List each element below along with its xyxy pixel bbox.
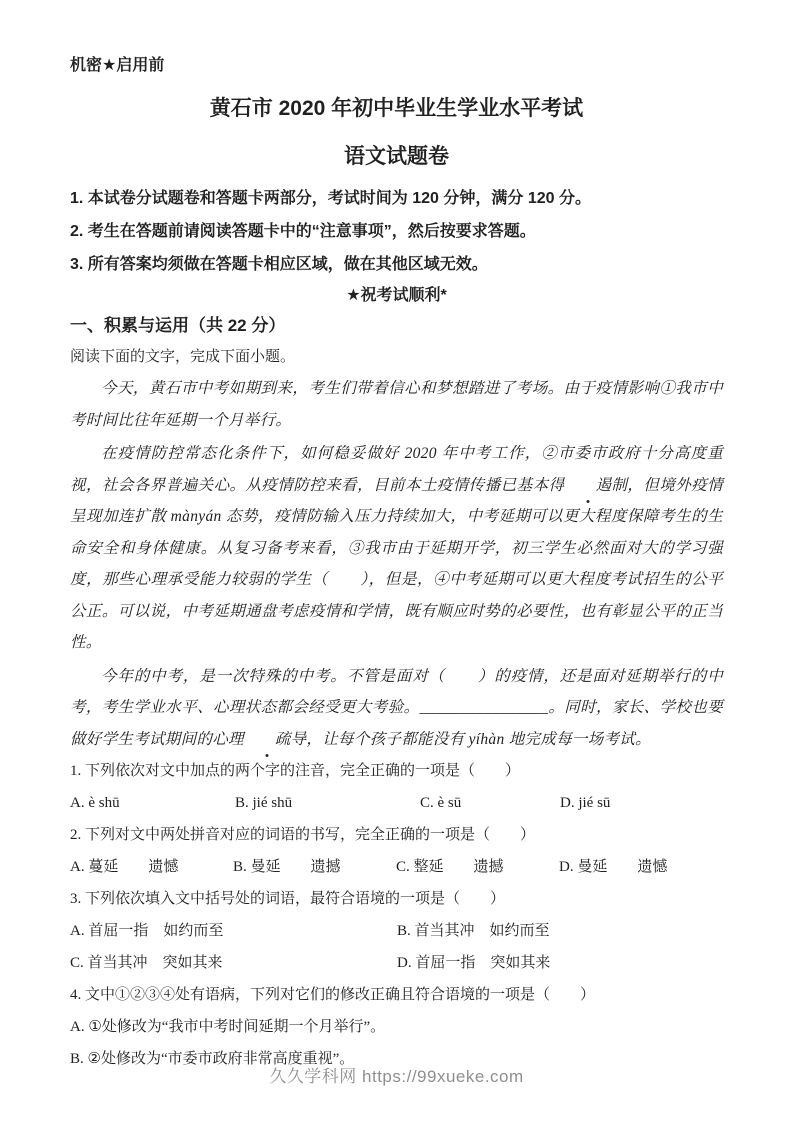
question-block-1: 1. 下列依次对文中加点的两个字的注音，完全正确的一项是（ ） A. è shū…	[70, 755, 723, 819]
notice-item-1: 1. 本试卷分试题卷和答题卡两部分，考试时间为 120 分钟，满分 120 分。	[70, 182, 723, 215]
option-a: A. ①处修改为“我市中考时间延期一个月举行”。	[70, 1019, 385, 1035]
passage-paragraph-1: 今天，黄石市中考如期到来，考生们带着信心和梦想踏进了考场。由于疫情影响①我市中考…	[70, 373, 723, 436]
option-b: B. 首当其冲 如约而至	[397, 915, 724, 947]
option-b: B. 曼延 遗撼	[233, 851, 396, 883]
option-b: B. jié shū	[235, 787, 420, 819]
paragraph-text: 制，但境外疫情呈现加连扩散 mànyán 态势，疫情防输入压力持续加大，中考延期…	[70, 477, 723, 652]
option-c: C. 整延 遗撼	[396, 851, 559, 883]
question-block-4: 4. 文中①②③④处有语病，下列对它们的修改正确且符合语境的一项是（ ） A. …	[70, 979, 723, 1075]
question-stem: 4. 文中①②③④处有语病，下列对它们的修改正确且符合语境的一项是（ ）	[70, 979, 723, 1011]
question-stem: 3. 下列依次填入文中括号处的词语，最符合语境的一项是（ ）	[70, 883, 723, 915]
question-block-3: 3. 下列依次填入文中括号处的词语，最符合语境的一项是（ ） A. 首屈一指 如…	[70, 883, 723, 979]
option-a: A. 蔓延 遗憾	[70, 851, 233, 883]
passage-paragraph-3: 今年的中考，是一次特殊的中考。不管是面对（ ）的疫情，还是面对延期举行的中考，考…	[70, 661, 723, 756]
question-block-2: 2. 下列对文中两处拼音对应的词语的书写，完全正确的一项是（ ） A. 蔓延 遗…	[70, 819, 723, 883]
section-one-heading: 一、积累与运用（共 22 分）	[70, 311, 723, 341]
option-row: A. è shū B. jié shū C. è sū D. jié sū	[70, 787, 723, 819]
page-content: 机密★启用前 黄石市 2020 年初中毕业生学业水平考试 语文试题卷 1. 本试…	[0, 0, 793, 1075]
paragraph-text: 导，让每个孩子都能没有 yíhàn 地完成每一场考试。	[291, 731, 651, 748]
option-row: A. ①处修改为“我市中考时间延期一个月举行”。	[70, 1011, 723, 1043]
notice-list: 1. 本试卷分试题卷和答题卡两部分，考试时间为 120 分钟，满分 120 分。…	[70, 182, 723, 281]
option-c: C. 首当其冲 突如其来	[70, 947, 397, 979]
notice-item-3: 3. 所有答案均须做在答题卡相应区域，做在其他区域无效。	[70, 248, 723, 281]
wish-line: ★祝考试顺利*	[70, 281, 723, 311]
option-a: A. 首屈一指 如约而至	[70, 915, 397, 947]
option-c: C. è sū	[420, 787, 560, 819]
emphasis-dotted-char: 疏	[244, 724, 291, 756]
option-row: A. 首屈一指 如约而至 B. 首当其冲 如约而至	[70, 915, 723, 947]
exam-title: 黄石市 2020 年初中毕业生学业水平考试	[70, 96, 723, 122]
option-d: D. jié sū	[560, 787, 723, 819]
exam-paper-page: 机密★启用前 黄石市 2020 年初中毕业生学业水平考试 语文试题卷 1. 本试…	[0, 0, 793, 1122]
secrecy-label: 机密★启用前	[70, 56, 723, 76]
option-a: A. è shū	[70, 787, 235, 819]
notice-item-2: 2. 考生在答题前请阅读答题卡中的“注意事项”，然后按要求答题。	[70, 215, 723, 248]
option-row: A. 蔓延 遗憾 B. 曼延 遗撼 C. 整延 遗撼 D. 曼延 遗憾	[70, 851, 723, 883]
question-stem: 2. 下列对文中两处拼音对应的词语的书写，完全正确的一项是（ ）	[70, 819, 723, 851]
paragraph-text: 今天，黄石市中考如期到来，考生们带着信心和梦想踏进了考场。由于疫情影响①我市中考…	[70, 380, 723, 429]
passage-paragraph-2: 在疫情防控常态化条件下，如何稳妥做好 2020 年中考工作，②市委市政府十分高度…	[70, 438, 723, 659]
option-d: D. 首屈一指 突如其来	[397, 947, 724, 979]
emphasis-dotted-char: 遏	[565, 470, 612, 502]
option-row: C. 首当其冲 突如其来 D. 首屈一指 突如其来	[70, 947, 723, 979]
reading-intro: 阅读下面的文字，完成下面小题。	[70, 341, 723, 373]
question-stem: 1. 下列依次对文中加点的两个字的注音，完全正确的一项是（ ）	[70, 755, 723, 787]
watermark-footer: 久久学科网 https://99xueke.com	[0, 1062, 793, 1087]
option-d: D. 曼延 遗憾	[559, 851, 722, 883]
paper-subtitle: 语文试题卷	[70, 144, 723, 170]
